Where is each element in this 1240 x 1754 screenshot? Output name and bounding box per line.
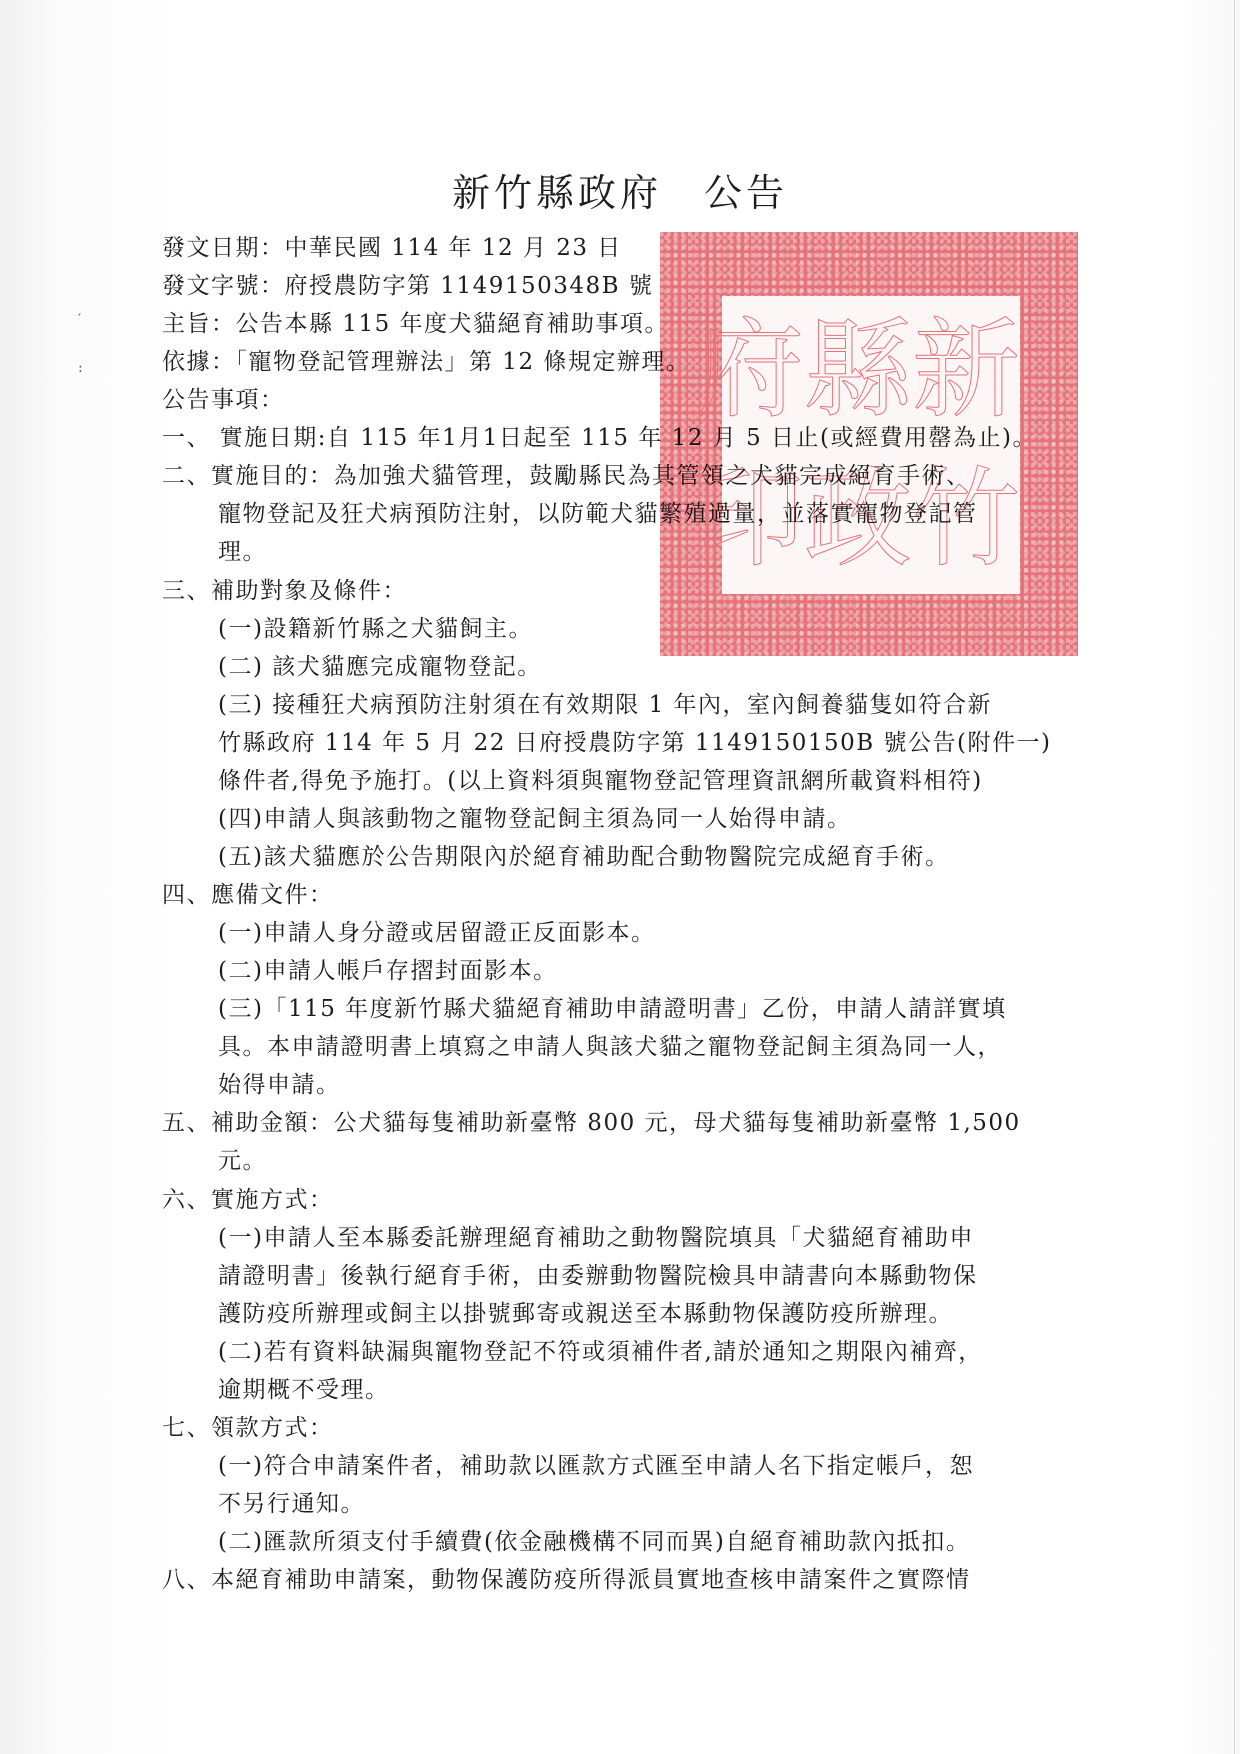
seal-characters: 新 竹 縣 政 府 印 [722,296,1020,594]
seal-inner-field: 新 竹 縣 政 府 印 [722,296,1020,594]
notice-heading: 公告事項： [162,385,285,415]
scan-speck: : [78,360,83,376]
seal-char: 縣 [804,296,912,445]
item-6-sub-1-cont: 請證明書」後執行絕育手術，由委辦動物醫院檢具申請書向本縣動物保 [218,1261,978,1291]
item-6-sub-2: (二)若有資料缺漏與寵物登記不符或須補件者,請於通知之期限內補齊， [218,1337,983,1367]
item-4-documents: 四、應備文件： [162,880,334,910]
item-7-sub-2: (二)匯款所須支付手續費(依金融機構不同而異)自絕育補助款內抵扣。 [218,1527,970,1557]
item-6-method: 六、實施方式： [162,1185,334,1215]
item-3-sub-4: (四)申請人與該動物之寵物登記飼主須為同一人始得申請。 [218,804,851,834]
item-3-sub-5: (五)該犬貓應於公告期限內於絕育補助配合動物醫院完成絕育手術。 [218,842,949,872]
item-4-sub-3: (三)「115 年度新竹縣犬貓絕育補助申請證明書」乙份，申請人請詳實填 [218,994,1007,1024]
item-3-sub-2: (二) 該犬貓應完成寵物登記。 [218,652,542,682]
item-5-subsidy-amount: 五、補助金額：公犬貓每隻補助新臺幣 800 元，母犬貓每隻補助新臺幣 1,500 [162,1108,1021,1138]
seal-char: 府 [696,296,804,445]
item-4-sub-3-cont: 始得申請。 [218,1070,341,1100]
item-3-eligibility: 三、補助對象及條件： [162,576,407,606]
item-6-sub-1-cont: 護防疫所辦理或飼主以掛號郵寄或親送至本縣動物保護防疫所辦理。 [218,1299,953,1329]
issue-date: 發文日期：中華民國 114 年 12 月 23 日 [162,233,622,263]
item-3-sub-1: (一)設籍新竹縣之犬貓飼主。 [218,614,533,644]
document-title: 新竹縣政府 公告 [0,162,1240,217]
item-6-sub-1: (一)申請人至本縣委託辦理絕育補助之動物醫院填具「犬貓絕育補助申 [218,1223,974,1253]
item-7-payment: 七、領款方式： [162,1413,334,1443]
item-7-sub-1-cont: 不另行通知。 [218,1489,365,1519]
item-4-sub-1: (一)申請人身分證或居留證正反面影本。 [218,918,655,948]
document-number: 發文字號：府授農防字第 1149150348B 號 [162,271,653,301]
seal-char: 竹 [912,445,1020,594]
item-7-sub-1: (一)符合申請案件者，補助款以匯款方式匯至申請人名下指定帳戶，恕 [218,1451,974,1481]
item-5-subsidy-amount-cont: 元。 [218,1146,267,1176]
legal-basis-line: 依據：「寵物登記管理辦法」第 12 條規定辦理。 [162,347,690,377]
item-2-purpose-cont: 理。 [218,537,267,567]
seal-char: 新 [912,296,1020,445]
scan-speck: ′ [78,312,81,328]
item-3-sub-3-cont: 竹縣政府 114 年 5 月 22 日府授農防字第 1149150150B 號公… [218,728,1051,758]
item-4-sub-3-cont: 具。本申請證明書上填寫之申請人與該犬貓之寵物登記飼主須為同一人， [218,1032,1002,1062]
official-seal-stamp: 新 竹 縣 政 府 印 [660,232,1078,656]
page-edge-line [1234,0,1235,1754]
seal-char: 印 [696,445,804,594]
subject-line: 主旨：公告本縣 115 年度犬貓絕育補助事項。 [162,309,669,339]
item-3-sub-3: (三) 接種狂犬病預防注射須在有效期限 1 年內，室內飼養貓隻如符合新 [218,690,992,720]
item-6-sub-2-cont: 逾期概不受理。 [218,1375,390,1405]
item-3-sub-3-cont: 條件者,得免予施打。(以上資料須與寵物登記管理資訊網所載資料相符) [218,766,983,796]
item-8-inspection: 八、本絕育補助申請案，動物保護防疫所得派員實地查核申請案件之實際情 [162,1565,971,1595]
item-4-sub-2: (二)申請人帳戶存摺封面影本。 [218,956,557,986]
seal-char: 政 [804,445,912,594]
